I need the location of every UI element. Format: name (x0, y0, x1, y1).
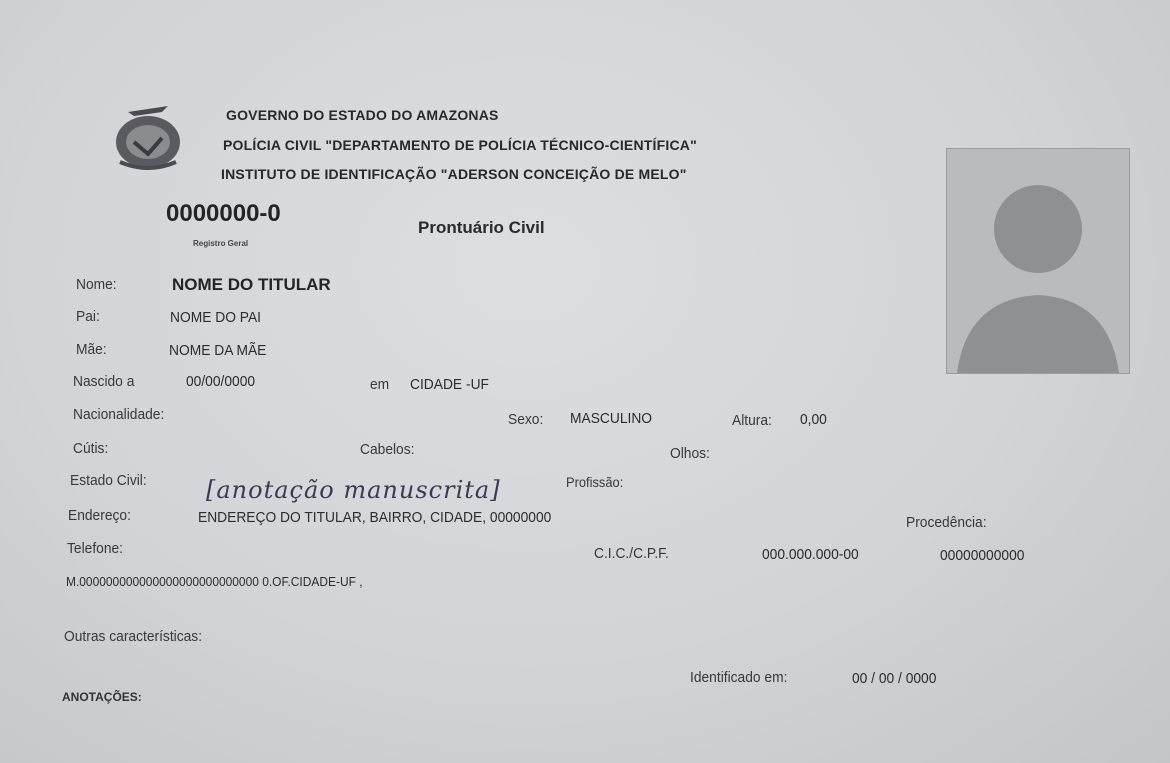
em-label: em (370, 376, 389, 393)
certidao-ref: M.000000000000000000000000000 0.OF.CIDAD… (66, 574, 363, 589)
endereco-value: ENDEREÇO DO TITULAR, BAIRRO, CIDADE, 000… (198, 509, 551, 526)
id-document: GOVERNO DO ESTADO DO AMAZONAS POLÍCIA CI… (0, 0, 1170, 763)
nascido-label: Nascido a (73, 373, 134, 390)
altura-value: 0,00 (800, 411, 827, 428)
header-line-3: INSTITUTO DE IDENTIFICAÇÃO "ADERSON CONC… (221, 166, 687, 182)
altura-label: Altura: (732, 412, 772, 429)
telefone-label: Telefone: (67, 540, 123, 557)
pai-value: NOME DO PAI (170, 309, 261, 326)
procedencia-label: Procedência: (906, 514, 987, 531)
pai-label: Pai: (76, 308, 100, 325)
anotacoes-label: ANOTAÇÕES: (62, 690, 142, 704)
holder-photo (946, 148, 1130, 374)
em-value: CIDADE -UF (410, 376, 489, 393)
nome-value: NOME DO TITULAR (172, 275, 331, 295)
header-line-1: GOVERNO DO ESTADO DO AMAZONAS (226, 107, 499, 123)
document-title: Prontuário Civil (418, 218, 545, 238)
sexo-value: MASCULINO (570, 410, 652, 427)
identificado-em-value: 00 / 00 / 0000 (852, 670, 936, 687)
cutis-label: Cútis: (73, 440, 108, 457)
header-line-2: POLÍCIA CIVIL "DEPARTAMENTO DE POLÍCIA T… (223, 137, 697, 153)
cabelos-label: Cabelos: (360, 441, 414, 458)
nacionalidade-label: Nacionalidade: (73, 406, 164, 423)
mae-label: Mãe: (76, 341, 107, 358)
outras-caracteristicas-label: Outras características: (64, 628, 202, 645)
state-crest-icon (106, 98, 190, 174)
nome-label: Nome: (76, 276, 117, 293)
registro-geral-number: 0000000-0 (166, 200, 281, 228)
cpf-label: C.I.C./C.P.F. (594, 545, 669, 562)
identificado-em-label: Identificado em: (690, 669, 787, 686)
olhos-label: Olhos: (670, 445, 710, 462)
nascido-value: 00/00/0000 (186, 373, 255, 390)
person-silhouette-icon (947, 149, 1129, 373)
sexo-label: Sexo: (508, 411, 543, 428)
estado-civil-label: Estado Civil: (70, 472, 147, 489)
endereco-label: Endereço: (68, 507, 131, 524)
cpf-value: 000.000.000-00 (762, 546, 859, 563)
secondary-number: 00000000000 (940, 547, 1024, 564)
registro-geral-label: Registro Geral (193, 239, 248, 248)
handwritten-note: [anotação manuscrita] (206, 476, 501, 504)
profissao-label: Profissão: (566, 474, 623, 490)
mae-value: NOME DA MÃE (169, 342, 266, 359)
